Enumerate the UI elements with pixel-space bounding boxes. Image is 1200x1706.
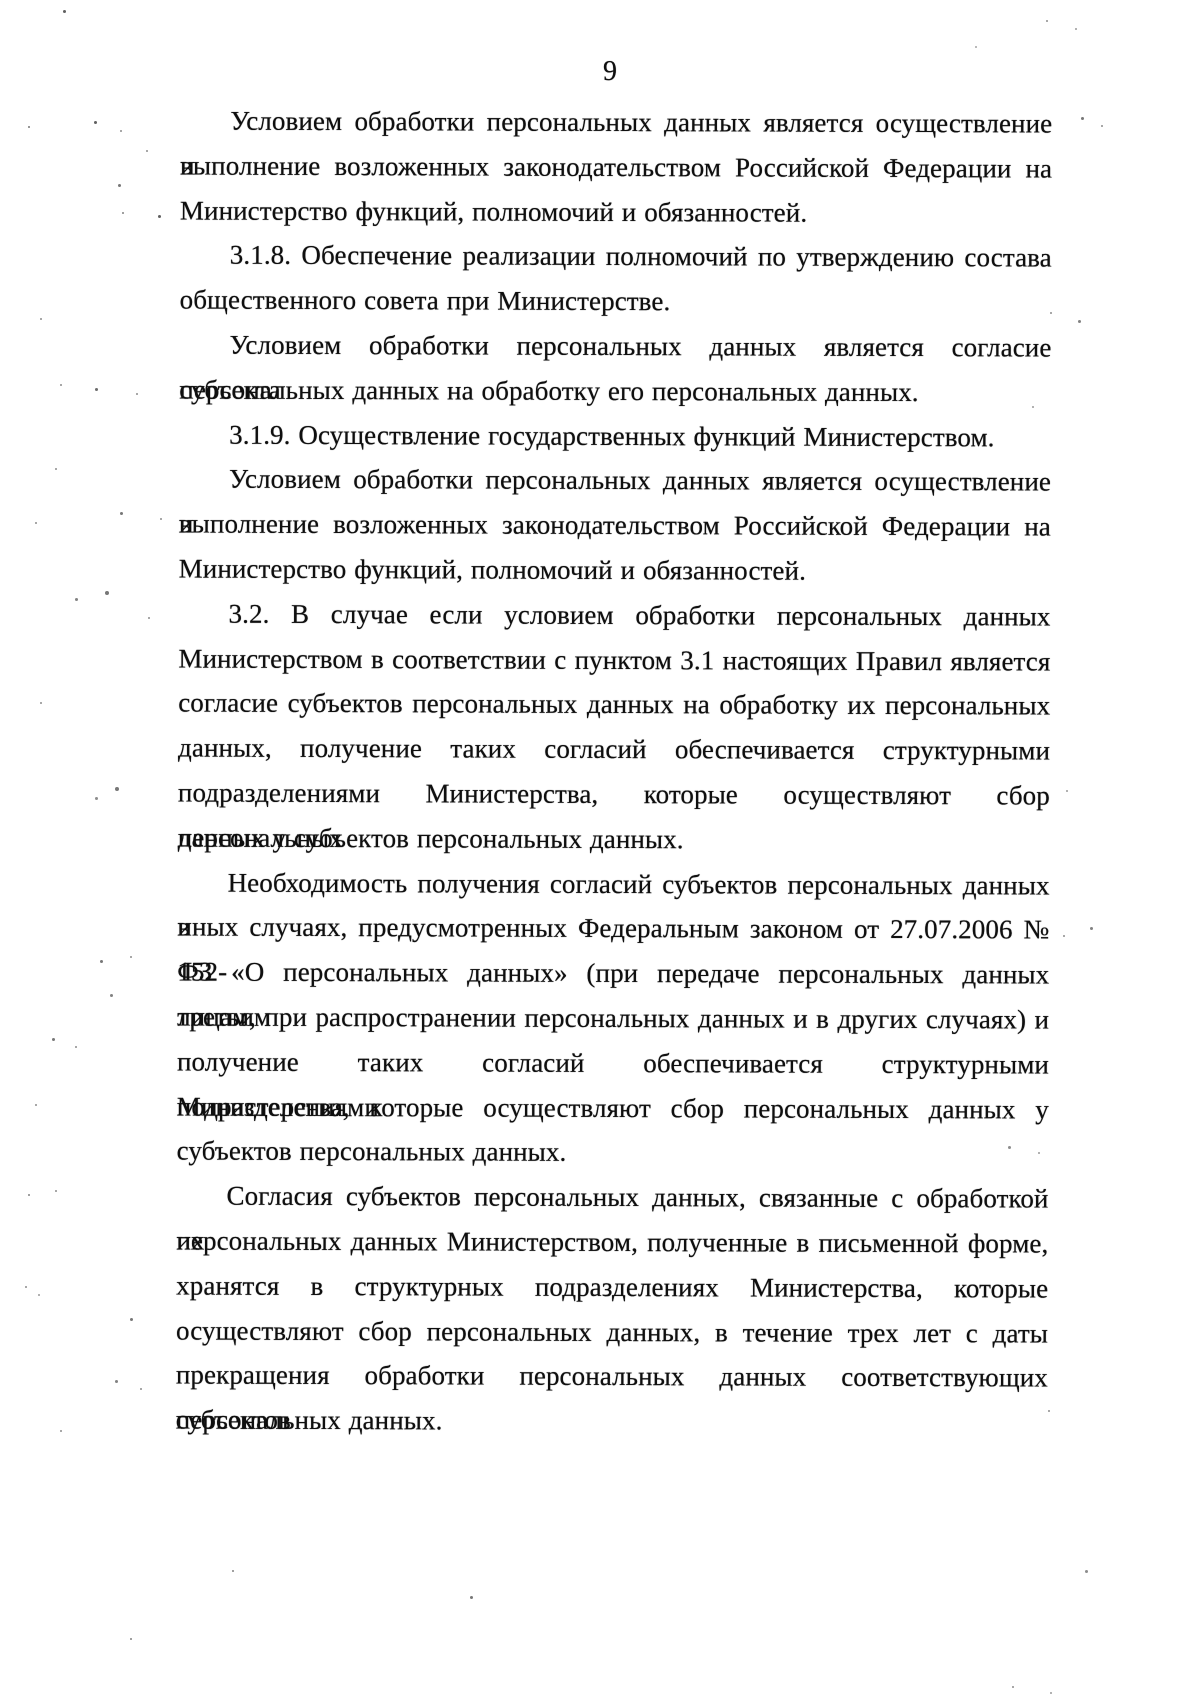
text-line: иных случаях, предусмотренных Федеральны… xyxy=(177,905,1049,953)
scan-speck-icon xyxy=(1050,312,1052,314)
scan-speck-icon xyxy=(146,150,148,152)
page-number: 9 xyxy=(178,56,1042,88)
scan-speck-icon xyxy=(130,1318,133,1321)
text-line: Условием обработки персональных данных я… xyxy=(179,322,1051,370)
text-line: Условием обработки персональных данных я… xyxy=(179,457,1051,505)
scan-speck-icon xyxy=(136,393,138,395)
text-line: Министерством в соответствии с пунктом 3… xyxy=(178,636,1050,684)
scan-speck-icon xyxy=(1101,125,1103,127)
text-line: персональных данных на обработку его пер… xyxy=(179,367,1051,415)
scan-speck-icon xyxy=(28,1194,30,1196)
scan-speck-icon xyxy=(1046,20,1048,22)
scan-speck-icon xyxy=(1090,927,1093,930)
text-line: Необходимость получения согласий субъект… xyxy=(178,860,1050,908)
text-line: персональных данных Министерством, получ… xyxy=(176,1218,1048,1266)
scan-speck-icon xyxy=(470,1596,473,1599)
scan-speck-icon xyxy=(1038,1152,1040,1154)
text-line: осуществляют сбор персональных данных, в… xyxy=(176,1308,1048,1356)
paragraph: Условием обработки персональных данных я… xyxy=(179,457,1051,594)
text-line: хранятся в структурных подразделениях Ми… xyxy=(176,1263,1048,1311)
text-line: субъектов персональных данных. xyxy=(177,1129,1049,1177)
text-line: ФЗ «О персональных данных» (при передаче… xyxy=(177,950,1049,998)
text-line: персональных данных. xyxy=(176,1398,1048,1446)
scan-speck-icon xyxy=(75,1046,77,1048)
scanned-document-page: 9 Условием обработки персональных данных… xyxy=(0,0,1200,1706)
text-line: Министерство функций, полномочий и обяза… xyxy=(179,546,1051,594)
scan-speck-icon xyxy=(118,184,121,187)
text-line: прекращения обработки персональных данны… xyxy=(176,1353,1048,1401)
scan-speck-icon xyxy=(1075,28,1077,30)
scan-speck-icon xyxy=(40,318,42,320)
scan-speck-icon xyxy=(60,1430,62,1432)
text-line: подразделениями Министерства, которые ос… xyxy=(178,770,1050,818)
scan-speck-icon xyxy=(40,702,42,704)
text-line: общественного совета при Министерстве. xyxy=(180,278,1052,326)
scan-speck-icon xyxy=(110,994,113,997)
text-line: данных у субъектов персональных данных. xyxy=(178,815,1050,863)
scan-speck-icon xyxy=(232,1570,234,1572)
text-line: лицам, при распространении персональных … xyxy=(177,994,1049,1042)
scan-speck-icon xyxy=(1050,1692,1052,1694)
scan-speck-icon xyxy=(25,1286,27,1288)
text-line: Министерство функций, полномочий и обяза… xyxy=(180,188,1052,236)
scan-speck-icon xyxy=(55,468,57,470)
scan-speck-icon xyxy=(1008,1146,1011,1149)
text-line: Согласия субъектов персональных данных, … xyxy=(176,1174,1048,1222)
text-line: 3.1.9. Осуществление государственных фун… xyxy=(179,412,1051,460)
scan-speck-icon xyxy=(122,212,124,214)
scan-speck-icon xyxy=(55,1190,57,1192)
scan-speck-icon xyxy=(115,1380,118,1383)
scan-speck-icon xyxy=(120,130,122,132)
paragraph: Необходимость получения согласий субъект… xyxy=(177,860,1050,1177)
scan-speck-icon xyxy=(1066,790,1068,792)
scan-speck-icon xyxy=(1048,1410,1050,1412)
scan-speck-icon xyxy=(1085,1570,1088,1573)
scan-speck-icon xyxy=(60,384,62,386)
scan-speck-icon xyxy=(38,1294,40,1296)
scan-speck-icon xyxy=(1063,935,1065,937)
paragraph: Условием обработки персональных данных я… xyxy=(180,98,1052,235)
paragraph: 3.1.8. Обеспечение реализации полномочий… xyxy=(180,233,1052,326)
scan-speck-icon xyxy=(115,787,119,791)
scan-speck-icon xyxy=(105,591,109,595)
scan-speck-icon xyxy=(160,518,162,520)
scan-speck-icon xyxy=(1081,117,1084,120)
text-line: получение таких согласий обеспечивается … xyxy=(177,1039,1049,1087)
scan-speck-icon xyxy=(975,46,977,48)
text-line: данных, получение таких согласий обеспеч… xyxy=(178,726,1050,774)
scan-speck-icon xyxy=(1012,1686,1014,1688)
scan-speck-icon xyxy=(158,215,161,218)
scan-speck-icon xyxy=(140,1388,142,1390)
document-text: Условием обработки персональных данных я… xyxy=(176,98,1053,1445)
scan-speck-icon xyxy=(120,512,123,515)
scan-speck-icon xyxy=(75,598,78,601)
scan-speck-icon xyxy=(52,1038,55,1041)
scan-speck-icon xyxy=(130,956,132,958)
scan-speck-icon xyxy=(148,617,150,619)
text-line: 3.2. В случае если условием обработки пе… xyxy=(178,591,1050,639)
text-line: 3.1.8. Обеспечение реализации полномочий… xyxy=(180,233,1052,281)
scan-speck-icon xyxy=(130,1638,132,1640)
paragraph: 3.2. В случае если условием обработки пе… xyxy=(178,591,1051,863)
scan-speck-icon xyxy=(28,126,30,128)
paragraph: Согласия субъектов персональных данных, … xyxy=(176,1174,1049,1446)
text-line: Министерства, которые осуществляют сбор … xyxy=(177,1084,1049,1132)
scan-speck-icon xyxy=(95,797,98,800)
scan-speck-icon xyxy=(1078,320,1081,323)
text-line: выполнение возложенных законодательством… xyxy=(179,502,1051,550)
scan-speck-icon xyxy=(35,1104,37,1106)
paragraph: 3.1.9. Осуществление государственных фун… xyxy=(179,412,1051,460)
text-line: выполнение возложенных законодательством… xyxy=(180,143,1052,191)
scan-speck-icon xyxy=(35,522,37,524)
scan-speck-icon xyxy=(94,121,97,124)
scan-speck-icon xyxy=(95,388,98,391)
text-line: согласие субъектов персональных данных н… xyxy=(178,681,1050,729)
scan-speck-icon xyxy=(100,960,103,963)
scan-speck-icon xyxy=(63,10,66,13)
paragraph: Условием обработки персональных данных я… xyxy=(179,322,1051,415)
text-line: Условием обработки персональных данных я… xyxy=(180,98,1052,146)
scan-speck-icon xyxy=(1032,406,1034,408)
